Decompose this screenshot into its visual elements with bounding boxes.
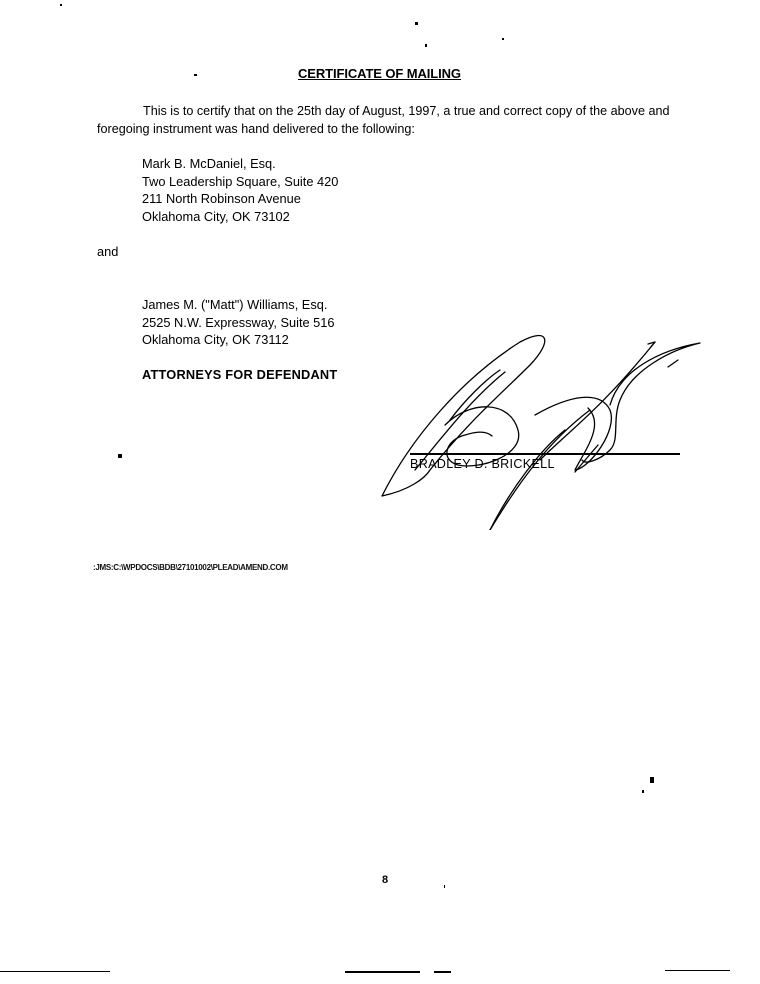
recipient-1-line-4: Oklahoma City, OK 73102 bbox=[142, 208, 338, 226]
scan-edge-line bbox=[0, 971, 110, 972]
scan-speck bbox=[642, 790, 644, 793]
recipient-2-line-1: James M. ("Matt") Williams, Esq. bbox=[142, 296, 335, 314]
attorneys-label: ATTORNEYS FOR DEFENDANT bbox=[142, 367, 337, 382]
scan-speck bbox=[118, 454, 122, 458]
recipient-1-line-2: Two Leadership Square, Suite 420 bbox=[142, 173, 338, 191]
scan-edge-line bbox=[434, 971, 451, 973]
document-title: CERTIFICATE OF MAILING bbox=[298, 66, 461, 81]
scan-speck bbox=[425, 44, 427, 47]
scan-edge-line bbox=[345, 971, 420, 973]
scan-speck bbox=[415, 22, 418, 25]
handwritten-signature bbox=[370, 320, 710, 530]
scan-speck bbox=[194, 74, 197, 76]
recipient-2-line-2: 2525 N.W. Expressway, Suite 516 bbox=[142, 314, 335, 332]
scan-speck bbox=[60, 4, 62, 6]
file-path-footer: :JMS:C:\WPDOCS\BDB\27101002\PLEAD\AMEND.… bbox=[93, 563, 288, 572]
scan-speck bbox=[502, 38, 504, 40]
page-number: 8 bbox=[382, 874, 388, 886]
certification-paragraph: This is to certify that on the 25th day … bbox=[97, 102, 697, 138]
scan-edge-line bbox=[665, 970, 730, 971]
recipient-2-line-3: Oklahoma City, OK 73112 bbox=[142, 331, 335, 349]
recipient-1-line-1: Mark B. McDaniel, Esq. bbox=[142, 155, 338, 173]
recipient-address-1: Mark B. McDaniel, Esq. Two Leadership Sq… bbox=[142, 155, 338, 225]
recipient-1-line-3: 211 North Robinson Avenue bbox=[142, 190, 338, 208]
certification-text: This is to certify that on the 25th day … bbox=[97, 104, 669, 136]
conjunction-and: and bbox=[97, 244, 118, 259]
recipient-address-2: James M. ("Matt") Williams, Esq. 2525 N.… bbox=[142, 296, 335, 349]
scan-speck bbox=[650, 777, 654, 783]
scan-speck bbox=[444, 885, 445, 888]
